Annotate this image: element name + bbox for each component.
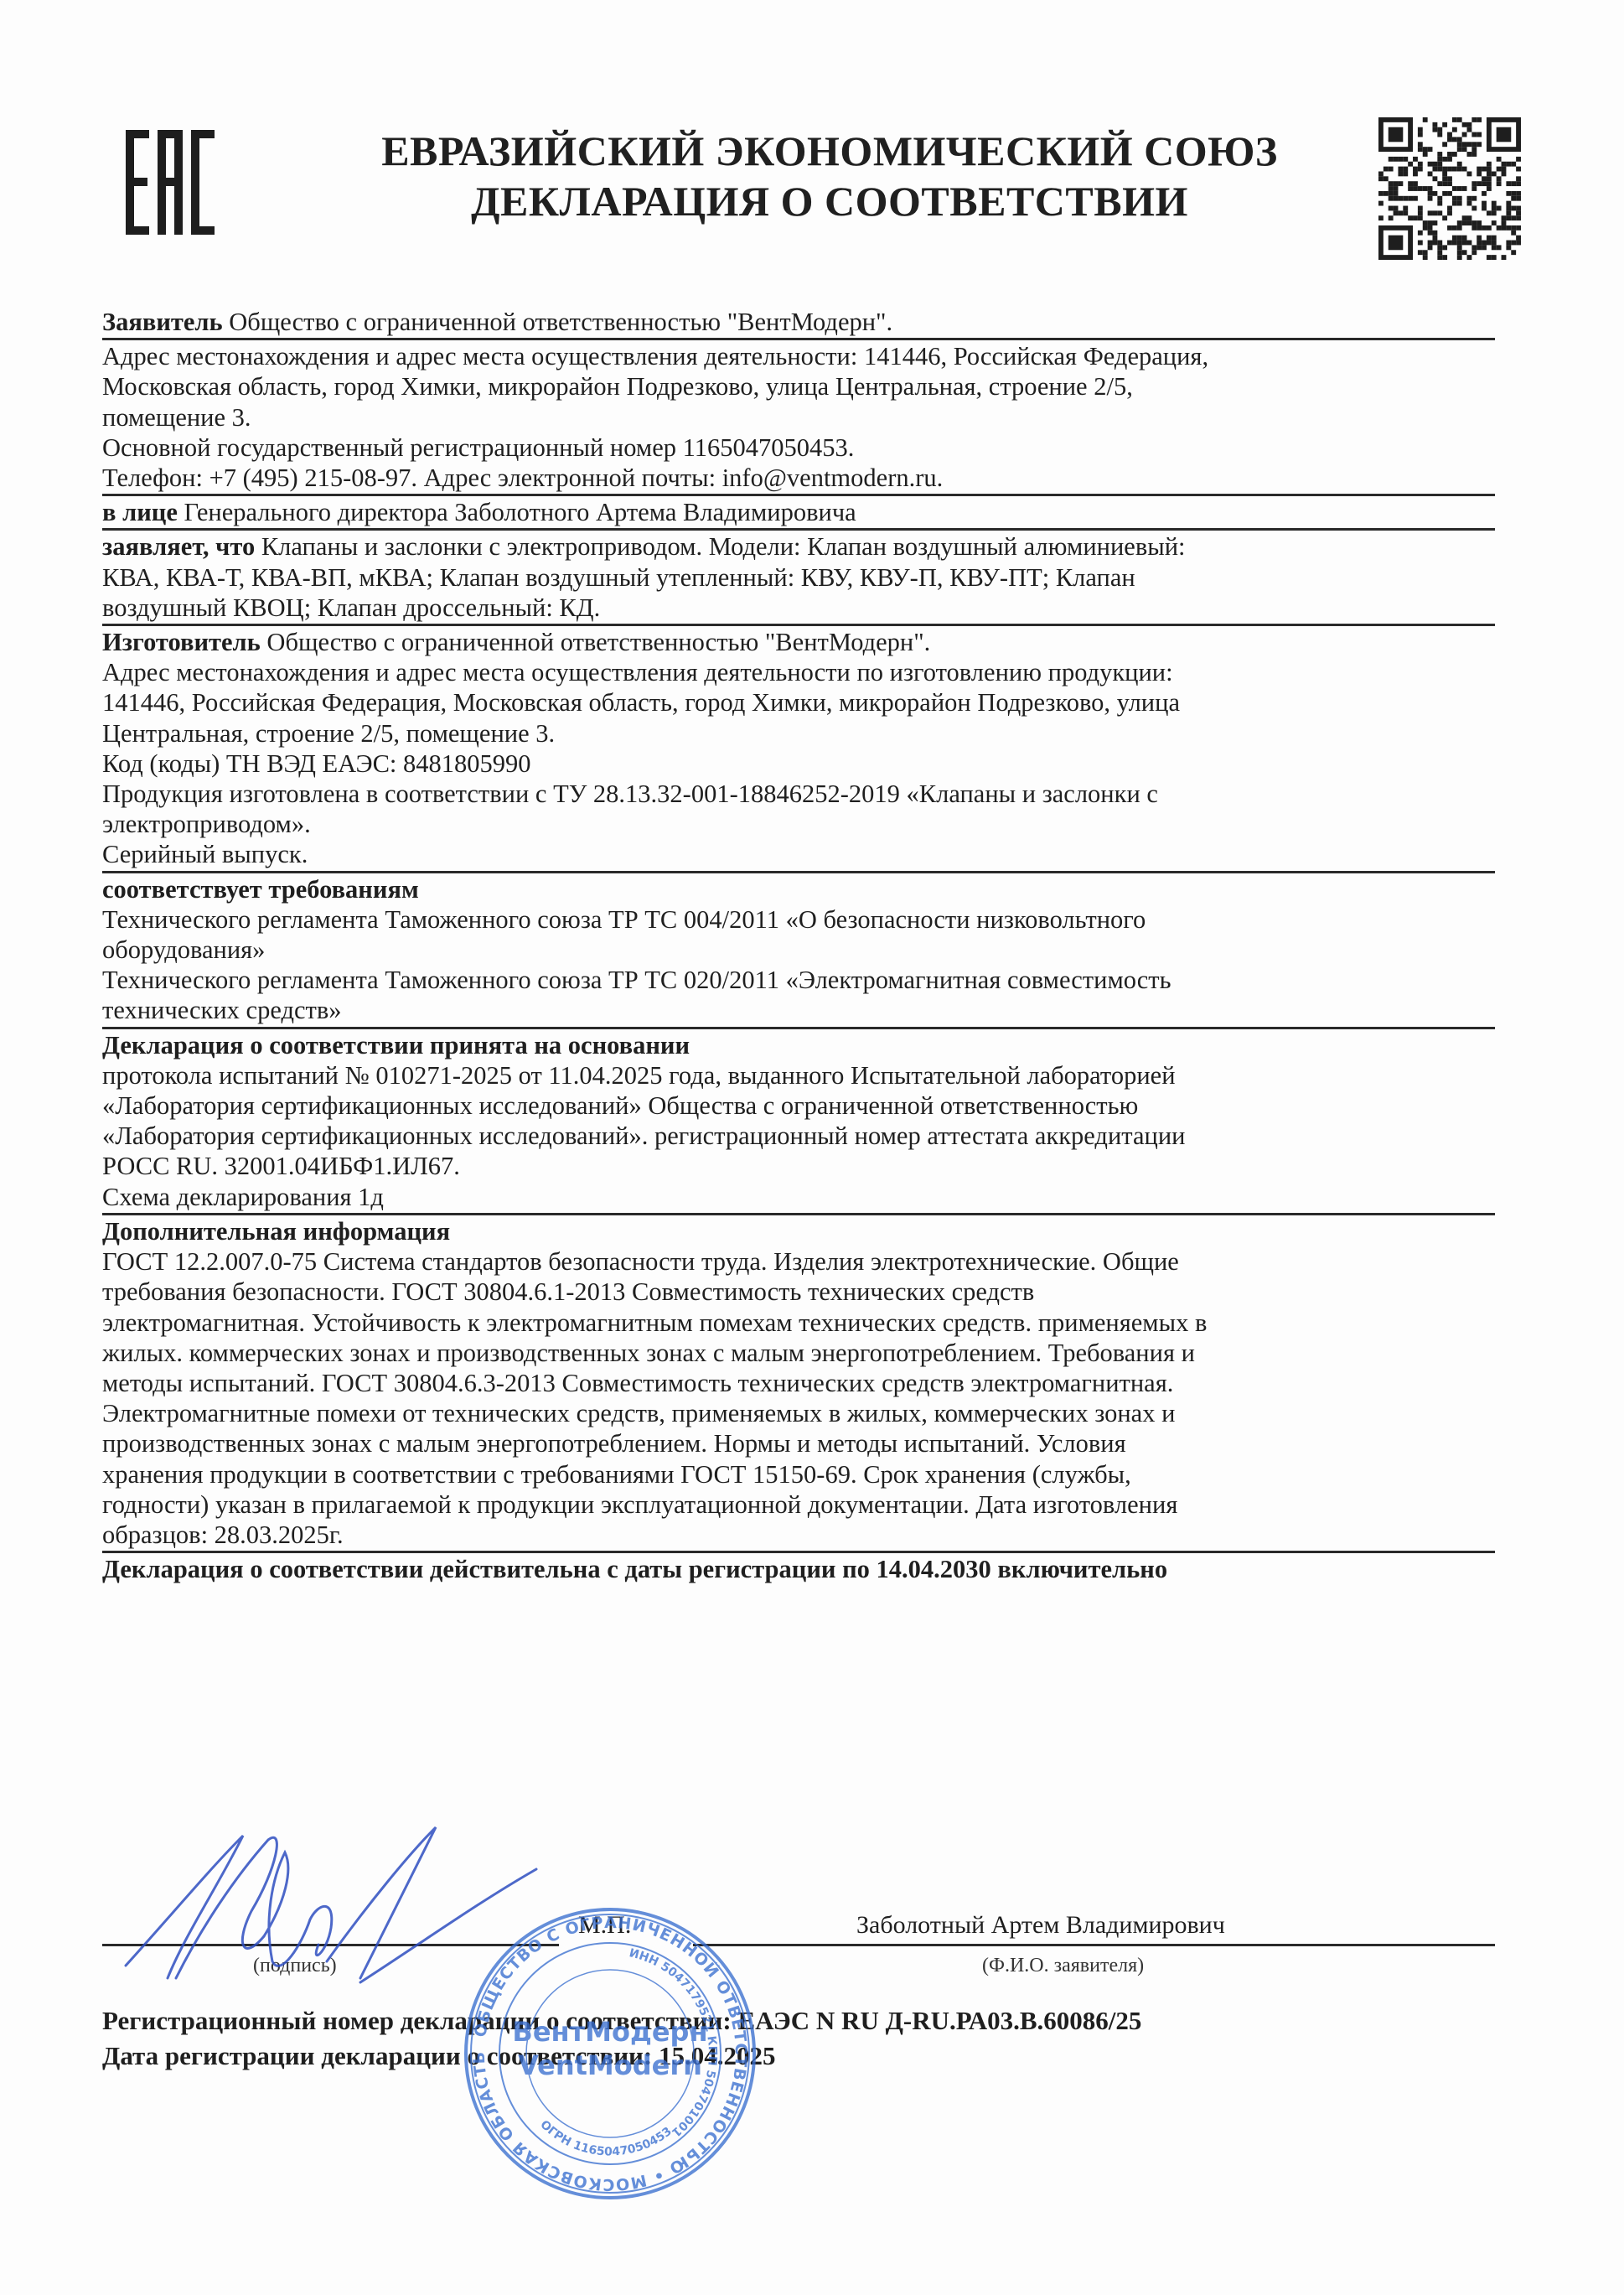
additional-info-label: Дополнительная информация <box>102 1216 1495 1246</box>
signature-area: М.П. Заболотный Артем Владимирович (подп… <box>102 1861 1495 1995</box>
registration-date: 15.04.2025 <box>659 2041 776 2070</box>
declares-line: КВА, КВА-Т, КВА-ВП, мКВА; Клапан воздушн… <box>102 562 1495 593</box>
basis-line: протокола испытаний № 010271-2025 от 11.… <box>102 1060 1495 1091</box>
manufacturer-label: Изготовитель <box>102 628 261 656</box>
declares-label: заявляет, что <box>102 532 255 561</box>
manufacturer-section: Изготовитель Общество с ограниченной отв… <box>102 627 1495 873</box>
registration-date-row: Дата регистрации декларации о соответств… <box>102 2039 1141 2074</box>
additional-line: образцов: 28.03.2025г. <box>102 1520 1495 1550</box>
applicant-contacts: Телефон: +7 (495) 215-08-97. Адрес элект… <box>102 463 1495 493</box>
declaration-page: ЕВРАЗИЙСКИЙ ЭКОНОМИЧЕСКИЙ СОЮЗ ДЕКЛАРАЦИ… <box>0 0 1624 2295</box>
eac-logo-icon <box>126 130 215 235</box>
applicant-address-line: Московская область, город Химки, микрора… <box>102 371 1495 401</box>
registration-number-label: Регистрационный номер декларации о соотв… <box>102 2006 737 2035</box>
registration-number: ЕАЭС N RU Д-RU.РА03.В.60086/25 <box>737 2006 1141 2035</box>
declares-line: воздушный КВОЦ; Клапан дроссельный: КД. <box>102 593 1495 623</box>
applicant-label: Заявитель <box>102 308 223 336</box>
representative-text: Генерального директора Заболотного Артем… <box>178 498 856 526</box>
registration-date-label: Дата регистрации декларации о соответств… <box>102 2041 659 2070</box>
declares-section: заявляет, что Клапаны и заслонки с элект… <box>102 531 1495 626</box>
signature-rule <box>102 1944 559 1946</box>
applicant-address-line: помещение 3. <box>102 402 1495 433</box>
additional-line: годности) указан в прилагаемой к продукц… <box>102 1489 1495 1520</box>
requirements-label: соответствует требованиям <box>102 874 1495 904</box>
manufacturer-line: 141446, Российская Федерация, Московская… <box>102 687 1495 718</box>
additional-line: ГОСТ 12.2.007.0-75 Система стандартов бе… <box>102 1246 1495 1277</box>
validity-text: Декларация о соответствии действительна … <box>102 1554 1495 1584</box>
declares-line: Клапаны и заслонки с электроприводом. Мо… <box>255 532 1185 561</box>
document-title: ЕВРАЗИЙСКИЙ ЭКОНОМИЧЕСКИЙ СОЮЗ ДЕКЛАРАЦИ… <box>352 126 1307 226</box>
requirement-line: Технического регламента Таможенного союз… <box>102 904 1495 935</box>
requirement-line: оборудования» <box>102 935 1495 965</box>
additional-line: методы испытаний. ГОСТ 30804.6.3-2013 Со… <box>102 1368 1495 1398</box>
signer-name: Заболотный Артем Владимирович <box>856 1911 1225 1940</box>
additional-line: жилых. коммерческих зонах и производстве… <box>102 1338 1495 1368</box>
representative-section: в лице Генерального директора Заболотног… <box>102 497 1495 531</box>
name-caption: (Ф.И.О. заявителя) <box>982 1955 1144 1977</box>
basis-section: Декларация о соответствии принята на осн… <box>102 1030 1495 1215</box>
declaration-scheme: Схема декларирования 1д <box>102 1182 1495 1212</box>
manufacturer-line: Продукция изготовлена в соответствии с Т… <box>102 779 1495 809</box>
seal-label: М.П. <box>578 1911 631 1940</box>
applicant-address-line: Адрес местонахождения и адрес места осущ… <box>102 341 1495 371</box>
requirement-line: технических средств» <box>102 995 1495 1025</box>
signature-caption: (подпись) <box>253 1955 337 1977</box>
additional-info-section: Дополнительная информация ГОСТ 12.2.007.… <box>102 1216 1495 1553</box>
production-type: Серийный выпуск. <box>102 839 1495 869</box>
additional-line: хранения продукции в соответствии с треб… <box>102 1459 1495 1489</box>
registration-number-row: Регистрационный номер декларации о соотв… <box>102 2003 1141 2039</box>
additional-line: Электромагнитные помехи от технических с… <box>102 1398 1495 1428</box>
manufacturer-line: Центральная, строение 2/5, помещение 3. <box>102 718 1495 749</box>
name-rule <box>693 1944 1495 1946</box>
basis-line: «Лаборатория сертификационных исследован… <box>102 1121 1495 1151</box>
basis-line: РОСС RU. 32001.04ИБФ1.ИЛ67. <box>102 1151 1495 1181</box>
validity-section: Декларация о соответствии действительна … <box>102 1554 1495 1585</box>
qr-code-icon[interactable] <box>1378 117 1521 260</box>
declaration-body: Заявитель Общество с ограниченной ответс… <box>102 307 1495 1586</box>
applicant-section: Заявитель Общество с ограниченной ответс… <box>102 307 1495 340</box>
additional-line: электромагнитная. Устойчивость к электро… <box>102 1308 1495 1338</box>
representative-label: в лице <box>102 498 178 526</box>
basis-label: Декларация о соответствии принята на осн… <box>102 1030 1495 1060</box>
additional-line: требования безопасности. ГОСТ 30804.6.1-… <box>102 1277 1495 1307</box>
title-line-2: ДЕКЛАРАЦИЯ О СООТВЕТСТВИИ <box>352 176 1307 226</box>
registration-block: Регистрационный номер декларации о соотв… <box>102 2003 1141 2074</box>
manufacturer-name: Общество с ограниченной ответственностью… <box>261 628 930 656</box>
manufacturer-line: электроприводом». <box>102 809 1495 839</box>
applicant-details: Адрес местонахождения и адрес места осущ… <box>102 341 1495 496</box>
additional-line: производственных зонах с малым энергопот… <box>102 1428 1495 1458</box>
basis-line: «Лаборатория сертификационных исследован… <box>102 1091 1495 1121</box>
applicant-ogrn: Основной государственный регистрационный… <box>102 433 1495 463</box>
svg-text:ОГРН 1165047050453: ОГРН 1165047050453 <box>537 2118 674 2159</box>
requirements-section: соответствует требованиям Технического р… <box>102 874 1495 1029</box>
requirement-line: Технического регламента Таможенного союз… <box>102 965 1495 995</box>
tnved-code: Код (коды) ТН ВЭД ЕАЭС: 8481805990 <box>102 749 1495 779</box>
applicant-name: Общество с ограниченной ответственностью… <box>223 308 892 336</box>
title-line-1: ЕВРАЗИЙСКИЙ ЭКОНОМИЧЕСКИЙ СОЮЗ <box>352 126 1307 176</box>
manufacturer-line: Адрес местонахождения и адрес места осущ… <box>102 657 1495 687</box>
